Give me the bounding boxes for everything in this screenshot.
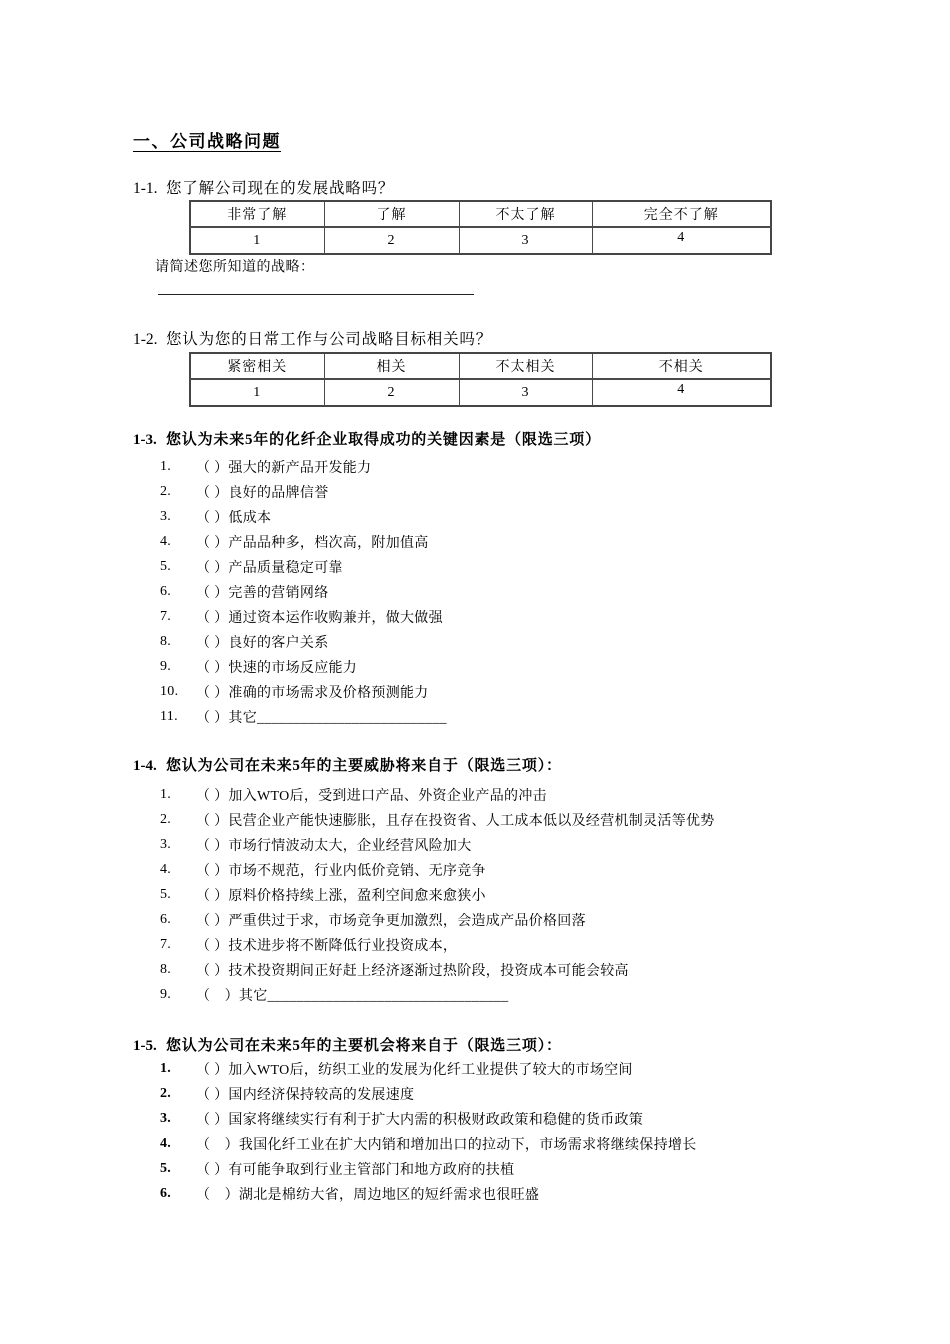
item-text: （ ）国家将继续实行有利于扩大内需的积极财政政策和稳健的货币政策 bbox=[196, 1109, 643, 1129]
rating-table-1-2: 紧密相关 相关 不太相关 不相关 1 2 3 4 bbox=[189, 352, 772, 407]
table-value-cell: 3 bbox=[459, 227, 592, 254]
table-value-row: 1 2 3 4 bbox=[190, 379, 771, 406]
item-number: 1. bbox=[160, 1061, 196, 1077]
item-text: （ ）我国化纤工业在扩大内销和增加出口的拉动下，市场需求将继续保持增长 bbox=[196, 1134, 697, 1154]
table-value-row: 1 2 3 4 bbox=[190, 227, 771, 254]
list-item: 1.（ ）强大的新产品开发能力 bbox=[160, 454, 447, 479]
list-item: 11.（ ）其它__________________________ bbox=[160, 704, 447, 729]
item-number: 7. bbox=[160, 609, 196, 625]
section-title: 一、公司战略问题 bbox=[133, 127, 281, 152]
item-text: （ ）加入WTO后，纺织工业的发展为化纤工业提供了较大的市场空间 bbox=[196, 1059, 633, 1079]
question-1-3-options: 1.（ ）强大的新产品开发能力 2.（ ）良好的品牌信誉 3.（ ）低成本 4.… bbox=[160, 454, 447, 729]
question-text: 您认为您的日常工作与公司战略目标相关吗？ bbox=[166, 331, 492, 348]
item-text: （ ）加入WTO后，受到进口产品、外资企业产品的冲击 bbox=[196, 785, 547, 805]
item-text: （ ）湖北是棉纺大省，周边地区的短纤需求也很旺盛 bbox=[196, 1184, 539, 1204]
list-item: 9.（ ）其它_________________________________ bbox=[160, 982, 715, 1007]
rating-table-1-1: 非常了解 了解 不太了解 完全不了解 1 2 3 4 bbox=[189, 200, 772, 255]
question-number: 1-3. bbox=[133, 432, 166, 449]
list-item: 5.（ ）产品质量稳定可靠 bbox=[160, 554, 447, 579]
table-header-cell: 不相关 bbox=[592, 353, 771, 379]
question-1-1-heading: 1-1.您了解公司现在的发展战略吗？ bbox=[133, 176, 394, 198]
item-text: （ ）民营企业产能快速膨胀，且存在投资省、人工成本低以及经营机制灵活等优势 bbox=[196, 810, 715, 830]
question-number: 1-2. bbox=[133, 331, 166, 349]
followup-label: 请简述您所知道的战略： bbox=[155, 256, 315, 276]
item-number: 8. bbox=[160, 962, 196, 978]
item-number: 4. bbox=[160, 534, 196, 550]
item-number: 2. bbox=[160, 484, 196, 500]
item-text: （ ）良好的客户关系 bbox=[196, 632, 329, 652]
list-item: 5.（ ）原料价格持续上涨，盈利空间愈来愈狭小 bbox=[160, 882, 715, 907]
question-number: 1-5. bbox=[133, 1038, 166, 1055]
table-header-cell: 了解 bbox=[324, 201, 459, 227]
table-header-cell: 相关 bbox=[324, 353, 459, 379]
item-text: （ ）其它__________________________ bbox=[196, 707, 447, 727]
item-text: （ ）强大的新产品开发能力 bbox=[196, 457, 371, 477]
list-item: 3.（ ）市场行情波动太大，企业经营风险加大 bbox=[160, 832, 715, 857]
list-item: 3.（ ）国家将继续实行有利于扩大内需的积极财政政策和稳健的货币政策 bbox=[160, 1106, 697, 1131]
item-text: （ ）技术进步将不断降低行业投资成本， bbox=[196, 935, 457, 955]
table-value-cell: 2 bbox=[324, 227, 459, 254]
question-1-3-heading: 1-3.您认为未来5年的化纤企业取得成功的关键因素是（限选三项） bbox=[133, 428, 601, 449]
table-header-cell: 不太相关 bbox=[459, 353, 592, 379]
item-text: （ ）快速的市场反应能力 bbox=[196, 657, 357, 677]
question-text: 您认为公司在未来5年的主要威胁将来自于（限选三项）： bbox=[166, 758, 562, 774]
item-text: （ ）产品质量稳定可靠 bbox=[196, 557, 343, 577]
list-item: 9.（ ）快速的市场反应能力 bbox=[160, 654, 447, 679]
list-item: 7.（ ）技术进步将不断降低行业投资成本， bbox=[160, 932, 715, 957]
question-1-4-heading: 1-4.您认为公司在未来5年的主要威胁将来自于（限选三项）： bbox=[133, 754, 562, 775]
question-text: 您了解公司现在的发展战略吗？ bbox=[166, 180, 394, 197]
item-number: 5. bbox=[160, 887, 196, 903]
list-item: 5.（ ）有可能争取到行业主管部门和地方政府的扶植 bbox=[160, 1156, 697, 1181]
item-text: （ ）通过资本运作收购兼并，做大做强 bbox=[196, 607, 443, 627]
list-item: 8.（ ）良好的客户关系 bbox=[160, 629, 447, 654]
item-text: （ ）产品品种多，档次高，附加值高 bbox=[196, 532, 429, 552]
list-item: 6.（ ）完善的营销网络 bbox=[160, 579, 447, 604]
item-text: （ ）低成本 bbox=[196, 507, 271, 527]
item-number: 10. bbox=[160, 684, 196, 700]
list-item: 4.（ ）市场不规范，行业内低价竞销、无序竞争 bbox=[160, 857, 715, 882]
item-number: 9. bbox=[160, 987, 196, 1003]
list-item: 2.（ ）国内经济保持较高的发展速度 bbox=[160, 1081, 697, 1106]
table-value-cell: 4 bbox=[592, 227, 771, 254]
item-number: 6. bbox=[160, 912, 196, 928]
item-number: 3. bbox=[160, 1111, 196, 1127]
list-item: 4.（ ）我国化纤工业在扩大内销和增加出口的拉动下，市场需求将继续保持增长 bbox=[160, 1131, 697, 1156]
question-1-5-heading: 1-5.您认为公司在未来5年的主要机会将来自于（限选三项）： bbox=[133, 1034, 562, 1055]
item-number: 3. bbox=[160, 837, 196, 853]
question-1-2-heading: 1-2.您认为您的日常工作与公司战略目标相关吗？ bbox=[133, 327, 492, 349]
list-item: 1.（ ）加入WTO后，纺织工业的发展为化纤工业提供了较大的市场空间 bbox=[160, 1056, 697, 1081]
list-item: 4.（ ）产品品种多，档次高，附加值高 bbox=[160, 529, 447, 554]
table-value-cell: 1 bbox=[190, 227, 324, 254]
list-item: 6.（ ）湖北是棉纺大省，周边地区的短纤需求也很旺盛 bbox=[160, 1181, 697, 1206]
list-item: 10.（ ）准确的市场需求及价格预测能力 bbox=[160, 679, 447, 704]
item-number: 6. bbox=[160, 1186, 196, 1202]
item-text: （ ）其它_________________________________ bbox=[196, 985, 508, 1005]
item-number: 5. bbox=[160, 559, 196, 575]
table-header-cell: 紧密相关 bbox=[190, 353, 324, 379]
item-text: （ ）严重供过于求，市场竞争更加激烈，会造成产品价格回落 bbox=[196, 910, 586, 930]
item-number: 4. bbox=[160, 1136, 196, 1152]
table-header-row: 非常了解 了解 不太了解 完全不了解 bbox=[190, 201, 771, 227]
list-item: 8.（ ）技术投资期间正好赶上经济逐渐过热阶段，投资成本可能会较高 bbox=[160, 957, 715, 982]
list-item: 7.（ ）通过资本运作收购兼并，做大做强 bbox=[160, 604, 447, 629]
item-number: 5. bbox=[160, 1161, 196, 1177]
question-1-4-options: 1.（ ）加入WTO后，受到进口产品、外资企业产品的冲击 2.（ ）民营企业产能… bbox=[160, 782, 715, 1007]
item-number: 8. bbox=[160, 634, 196, 650]
list-item: 6.（ ）严重供过于求，市场竞争更加激烈，会造成产品价格回落 bbox=[160, 907, 715, 932]
item-text: （ ）国内经济保持较高的发展速度 bbox=[196, 1084, 414, 1104]
table-header-cell: 非常了解 bbox=[190, 201, 324, 227]
question-number: 1-4. bbox=[133, 758, 166, 775]
list-item: 3.（ ）低成本 bbox=[160, 504, 447, 529]
item-number: 6. bbox=[160, 584, 196, 600]
item-text: （ ）有可能争取到行业主管部门和地方政府的扶植 bbox=[196, 1159, 514, 1179]
item-number: 1. bbox=[160, 787, 196, 803]
table-value-cell: 4 bbox=[592, 379, 771, 406]
item-text: （ ）原料价格持续上涨，盈利空间愈来愈狭小 bbox=[196, 885, 486, 905]
table-header-row: 紧密相关 相关 不太相关 不相关 bbox=[190, 353, 771, 379]
table-header-cell: 完全不了解 bbox=[592, 201, 771, 227]
item-text: （ ）完善的营销网络 bbox=[196, 582, 329, 602]
table-header-cell: 不太了解 bbox=[459, 201, 592, 227]
question-text: 您认为未来5年的化纤企业取得成功的关键因素是（限选三项） bbox=[166, 432, 601, 448]
list-item: 1.（ ）加入WTO后，受到进口产品、外资企业产品的冲击 bbox=[160, 782, 715, 807]
question-text: 您认为公司在未来5年的主要机会将来自于（限选三项）： bbox=[166, 1038, 562, 1054]
item-text: （ ）良好的品牌信誉 bbox=[196, 482, 329, 502]
item-number: 9. bbox=[160, 659, 196, 675]
item-number: 2. bbox=[160, 812, 196, 828]
item-text: （ ）技术投资期间正好赶上经济逐渐过热阶段，投资成本可能会较高 bbox=[196, 960, 629, 980]
item-text: （ ）市场不规范，行业内低价竞销、无序竞争 bbox=[196, 860, 486, 880]
item-number: 7. bbox=[160, 937, 196, 953]
list-item: 2.（ ）良好的品牌信誉 bbox=[160, 479, 447, 504]
item-text: （ ）市场行情波动太大，企业经营风险加大 bbox=[196, 835, 472, 855]
question-number: 1-1. bbox=[133, 180, 166, 198]
table-value-cell: 3 bbox=[459, 379, 592, 406]
item-number: 1. bbox=[160, 459, 196, 475]
questionnaire-page: 一、公司战略问题 1-1.您了解公司现在的发展战略吗？ 非常了解 了解 不太了解… bbox=[0, 0, 950, 1344]
list-item: 2.（ ）民营企业产能快速膨胀，且存在投资省、人工成本低以及经营机制灵活等优势 bbox=[160, 807, 715, 832]
write-in-line bbox=[158, 277, 474, 295]
item-number: 3. bbox=[160, 509, 196, 525]
table-value-cell: 2 bbox=[324, 379, 459, 406]
item-text: （ ）准确的市场需求及价格预测能力 bbox=[196, 682, 429, 702]
item-number: 2. bbox=[160, 1086, 196, 1102]
question-1-5-options: 1.（ ）加入WTO后，纺织工业的发展为化纤工业提供了较大的市场空间 2.（ ）… bbox=[160, 1056, 697, 1206]
item-number: 11. bbox=[160, 709, 196, 725]
item-number: 4. bbox=[160, 862, 196, 878]
table-value-cell: 1 bbox=[190, 379, 324, 406]
